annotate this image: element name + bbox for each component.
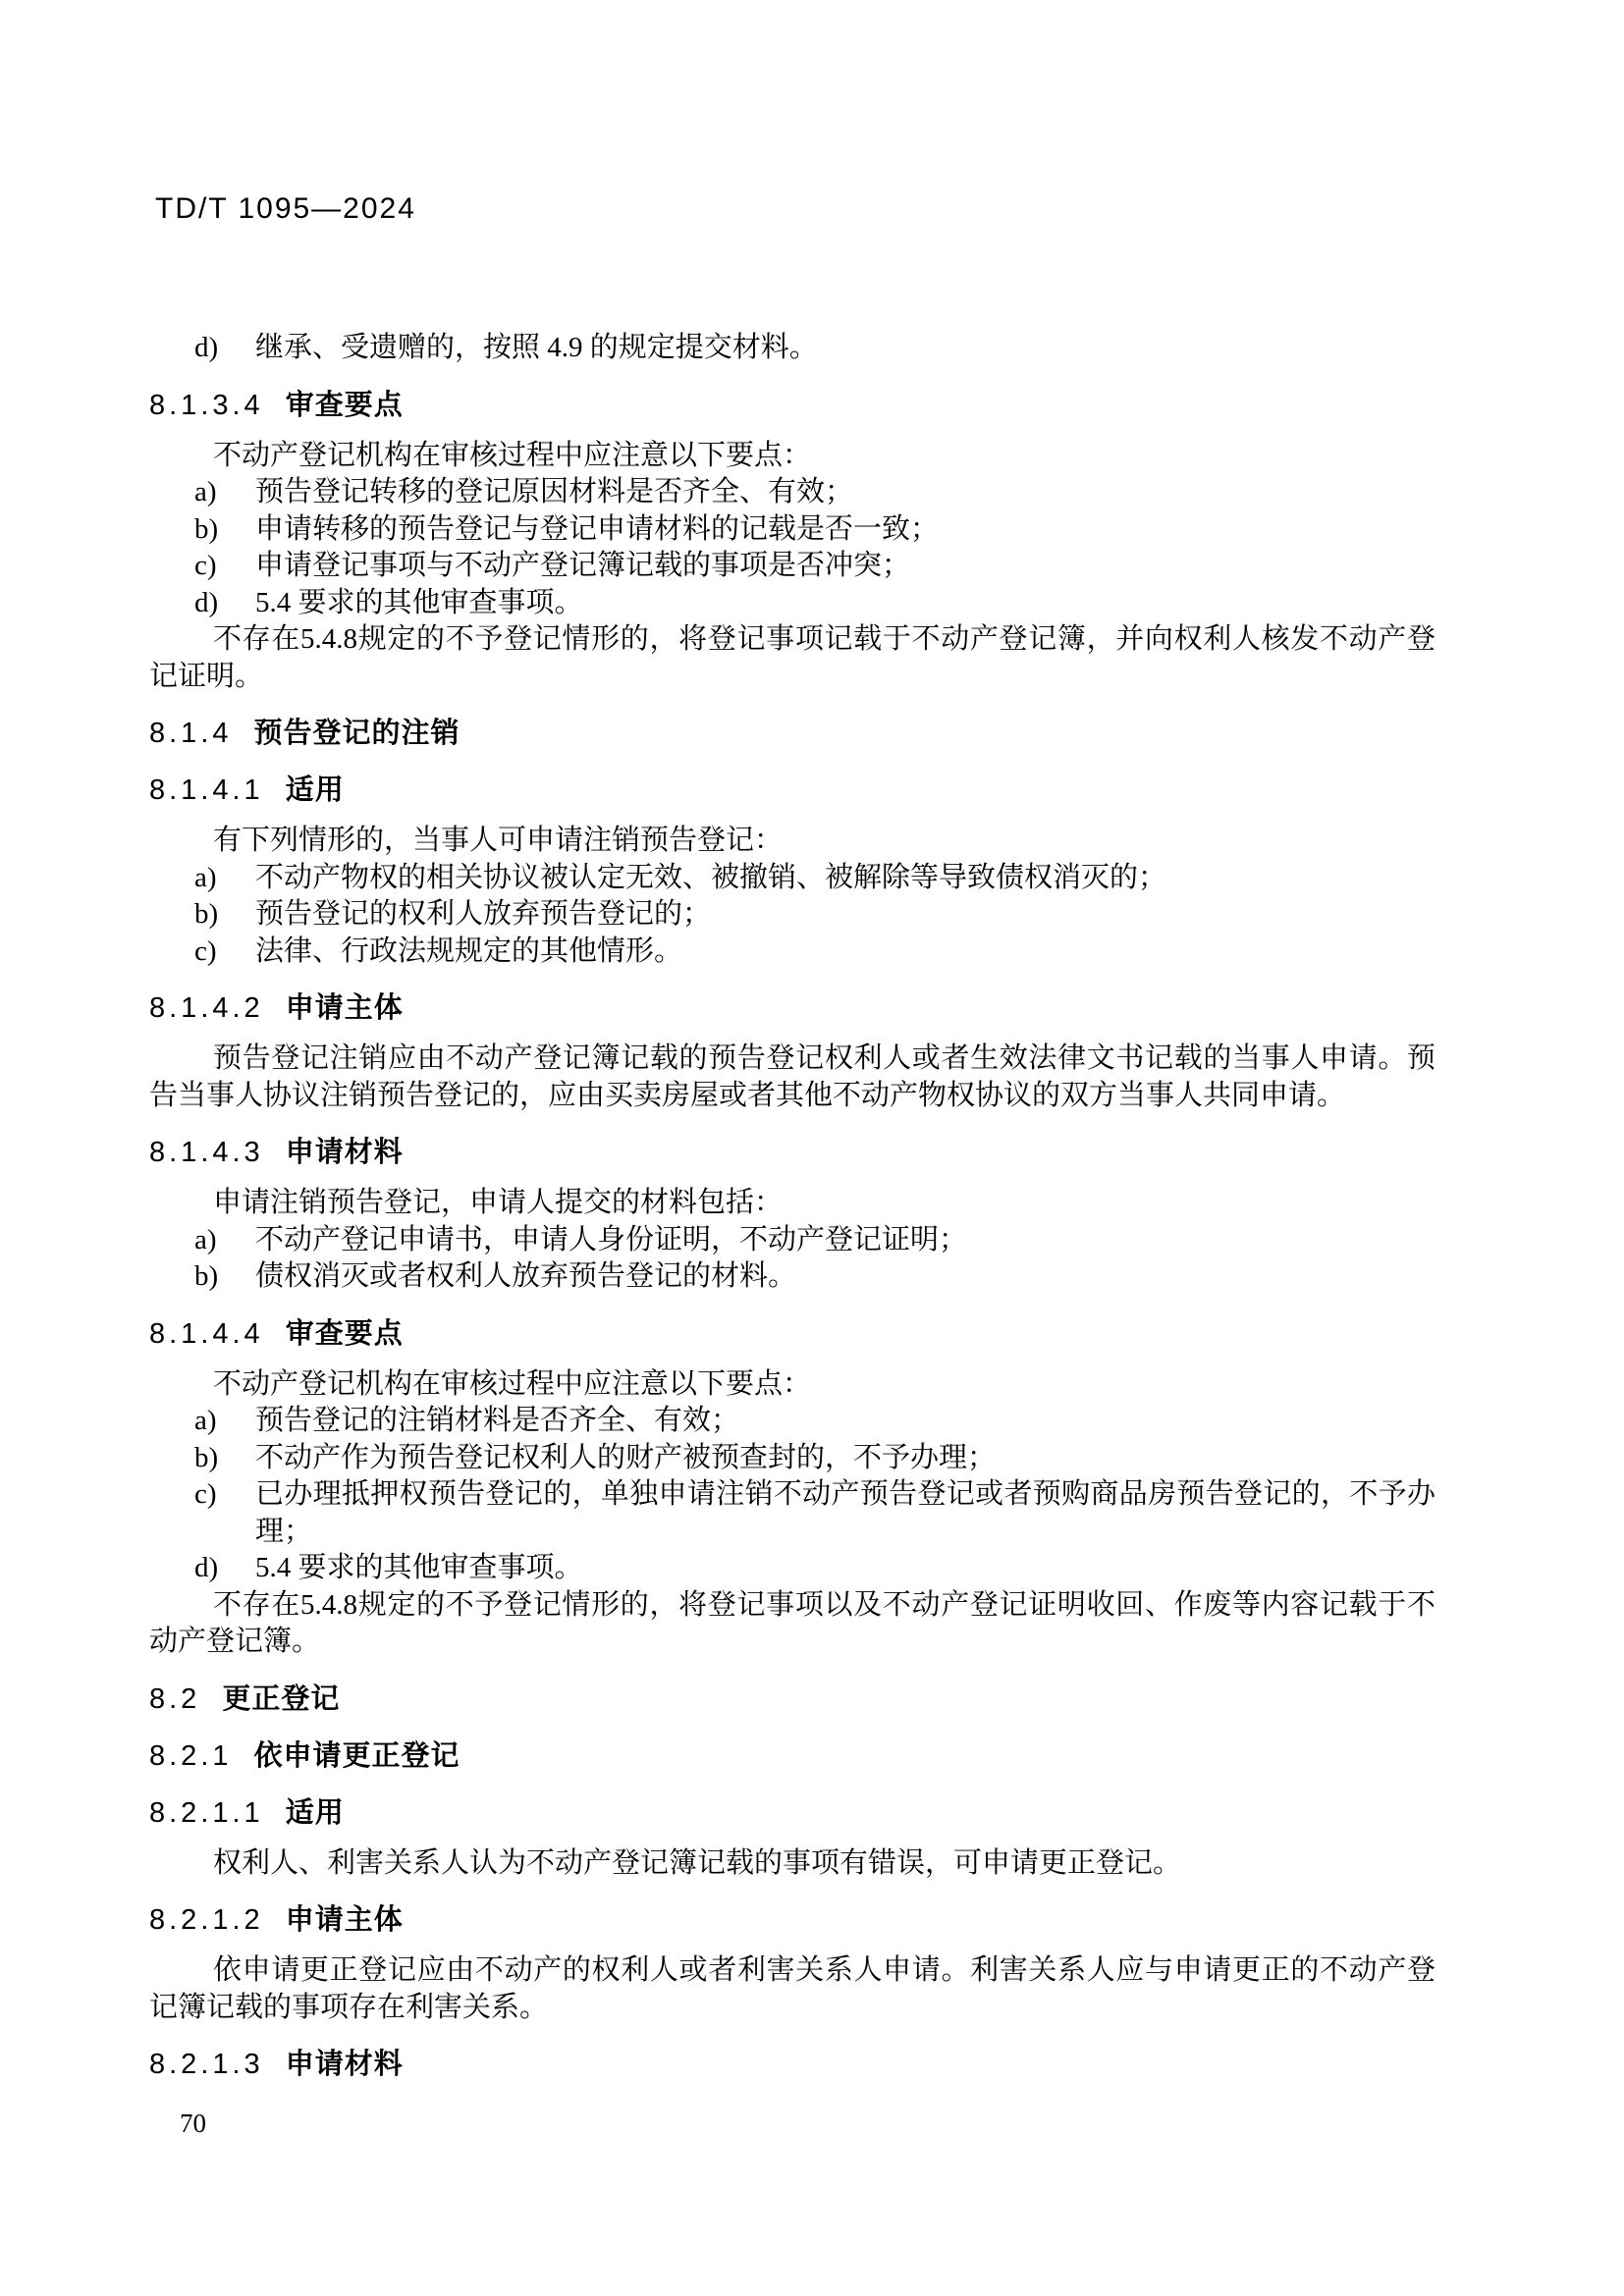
clause-list-8-1-4-4: a) 预告登记的注销材料是否齐全、有效； b) 不动产作为预告登记权利人的财产被… bbox=[149, 1403, 1435, 1587]
heading-8-1-4-2: 8.1.4.2申请主体 bbox=[149, 989, 1435, 1027]
list-item: b) 申请转移的预告登记与登记申请材料的记载是否一致； bbox=[149, 511, 1435, 549]
heading-8-2-1-1: 8.2.1.1适用 bbox=[149, 1794, 1435, 1832]
paragraph: 不存在5.4.8规定的不予登记情形的，将登记事项以及不动产登记证明收回、作废等内… bbox=[149, 1587, 1435, 1661]
list-item-text: 法律、行政法规规定的其他情形。 bbox=[255, 935, 682, 967]
paragraph: 不存在5.4.8规定的不予登记情形的，将登记事项记载于不动产登记簿，并向权利人核… bbox=[149, 621, 1435, 695]
list-item-label: b) bbox=[194, 1440, 218, 1477]
paragraph: 不动产登记机构在审核过程中应注意以下要点： bbox=[149, 1366, 1435, 1404]
list-item: a) 不动产物权的相关协议被认定无效、被撤销、被解除等导致债权消灭的； bbox=[149, 860, 1435, 897]
heading-number: 8.1.4.4 bbox=[149, 1318, 264, 1350]
list-item-label: a) bbox=[194, 860, 217, 897]
page-content: d) 继承、受遗赠的，按照 4.9 的规定提交材料。 8.1.3.4审查要点 不… bbox=[149, 330, 1435, 2097]
list-item-label: a) bbox=[194, 474, 217, 511]
list-item: a) 预告登记转移的登记原因材料是否齐全、有效； bbox=[149, 474, 1435, 511]
list-item-label: d) bbox=[194, 330, 218, 367]
heading-number: 8.1.4.3 bbox=[149, 1137, 264, 1168]
paragraph: 申请注销预告登记，申请人提交的材料包括： bbox=[149, 1185, 1435, 1222]
doc-code: TD/T 1095—2024 bbox=[155, 192, 416, 226]
heading-8-2-1-3: 8.2.1.3申请材料 bbox=[149, 2046, 1435, 2083]
list-item-text: 不动产登记申请书，申请人身份证明，不动产登记证明； bbox=[255, 1224, 967, 1255]
list-item-label: b) bbox=[194, 511, 218, 549]
heading-title: 适用 bbox=[286, 774, 345, 806]
list-item-label: a) bbox=[194, 1403, 217, 1440]
list-item-text: 预告登记的注销材料是否齐全、有效； bbox=[255, 1405, 739, 1436]
list-item-label: c) bbox=[194, 1476, 217, 1514]
list-item: c) 法律、行政法规规定的其他情形。 bbox=[149, 934, 1435, 971]
list-item: b) 债权消灭或者权利人放弃预告登记的材料。 bbox=[149, 1258, 1435, 1296]
list-item: d) 5.4 要求的其他审查事项。 bbox=[149, 1550, 1435, 1587]
list-item: b) 预告登记的权利人放弃预告登记的； bbox=[149, 896, 1435, 934]
clause-list-inherit: d) 继承、受遗赠的，按照 4.9 的规定提交材料。 bbox=[149, 330, 1435, 367]
heading-number: 8.1.4 bbox=[149, 718, 233, 749]
clause-list-8-1-4-1: a) 不动产物权的相关协议被认定无效、被撤销、被解除等导致债权消灭的； b) 预… bbox=[149, 860, 1435, 971]
list-item-label: b) bbox=[194, 1258, 218, 1296]
list-item: b) 不动产作为预告登记权利人的财产被预查封的，不予办理； bbox=[149, 1440, 1435, 1477]
list-item-text: 债权消灭或者权利人放弃预告登记的材料。 bbox=[255, 1260, 796, 1292]
page-number: 70 bbox=[180, 2109, 206, 2139]
document-page: TD/T 1095—2024 d) 继承、受遗赠的，按照 4.9 的规定提交材料… bbox=[0, 0, 1624, 2296]
heading-number: 8.2.1.1 bbox=[149, 1797, 264, 1829]
list-item: c) 申请登记事项与不动产登记簿记载的事项是否冲突； bbox=[149, 548, 1435, 585]
heading-8-2-1: 8.2.1依申请更正登记 bbox=[149, 1737, 1435, 1775]
paragraph: 预告登记注销应由不动产登记簿记载的预告登记权利人或者生效法律文书记载的当事人申请… bbox=[149, 1041, 1435, 1114]
list-item-text: 继承、受遗赠的，按照 4.9 的规定提交材料。 bbox=[255, 332, 818, 363]
heading-8-1-4-4: 8.1.4.4审查要点 bbox=[149, 1315, 1435, 1353]
heading-8-2: 8.2更正登记 bbox=[149, 1681, 1435, 1718]
heading-title: 申请主体 bbox=[286, 1904, 404, 1936]
heading-title: 依申请更正登记 bbox=[254, 1740, 460, 1772]
heading-number: 8.1.4.2 bbox=[149, 992, 264, 1024]
list-item: a) 预告登记的注销材料是否齐全、有效； bbox=[149, 1403, 1435, 1440]
heading-8-1-4: 8.1.4预告登记的注销 bbox=[149, 715, 1435, 752]
paragraph: 不动产登记机构在审核过程中应注意以下要点： bbox=[149, 438, 1435, 475]
heading-8-1-3-4: 8.1.3.4审查要点 bbox=[149, 387, 1435, 424]
list-item-text: 不动产物权的相关协议被认定无效、被撤销、被解除等导致债权消灭的； bbox=[255, 862, 1166, 893]
heading-number: 8.2.1.3 bbox=[149, 2049, 264, 2080]
list-item-text: 5.4 要求的其他审查事项。 bbox=[255, 1552, 583, 1583]
clause-list-8-1-4-3: a) 不动产登记申请书，申请人身份证明，不动产登记证明； b) 债权消灭或者权利… bbox=[149, 1222, 1435, 1296]
heading-number: 8.1.3.4 bbox=[149, 390, 264, 421]
heading-number: 8.2.1.2 bbox=[149, 1904, 264, 1936]
list-item-label: d) bbox=[194, 585, 218, 622]
heading-number: 8.1.4.1 bbox=[149, 774, 264, 806]
list-item-text: 预告登记的权利人放弃预告登记的； bbox=[255, 898, 711, 930]
heading-title: 审查要点 bbox=[286, 1318, 404, 1350]
heading-title: 审查要点 bbox=[286, 390, 404, 421]
list-item-label: d) bbox=[194, 1550, 218, 1587]
heading-title: 申请主体 bbox=[286, 992, 404, 1024]
list-item-text: 申请转移的预告登记与登记申请材料的记载是否一致； bbox=[255, 513, 939, 545]
paragraph: 权利人、利害关系人认为不动产登记簿记载的事项有错误，可申请更正登记。 bbox=[149, 1845, 1435, 1883]
list-item: c) 已办理抵押权预告登记的，单独申请注销不动产预告登记或者预购商品房预告登记的… bbox=[149, 1476, 1435, 1550]
list-item-text: 不动产作为预告登记权利人的财产被预查封的，不予办理； bbox=[255, 1442, 996, 1473]
paragraph: 有下列情形的，当事人可申请注销预告登记： bbox=[149, 823, 1435, 860]
list-item: a) 不动产登记申请书，申请人身份证明，不动产登记证明； bbox=[149, 1222, 1435, 1259]
list-item-label: c) bbox=[194, 934, 217, 971]
list-item-label: b) bbox=[194, 896, 218, 934]
list-item-text: 5.4 要求的其他审查事项。 bbox=[255, 587, 583, 618]
list-item-text: 申请登记事项与不动产登记簿记载的事项是否冲突； bbox=[255, 550, 910, 581]
heading-title: 预告登记的注销 bbox=[254, 718, 460, 749]
list-item-label: a) bbox=[194, 1222, 217, 1259]
heading-title: 适用 bbox=[286, 1797, 345, 1829]
heading-title: 更正登记 bbox=[222, 1683, 340, 1715]
heading-8-1-4-1: 8.1.4.1适用 bbox=[149, 772, 1435, 809]
list-item-text: 预告登记转移的登记原因材料是否齐全、有效； bbox=[255, 476, 853, 507]
heading-title: 申请材料 bbox=[286, 2049, 404, 2080]
paragraph: 依申请更正登记应由不动产的权利人或者利害关系人申请。利害关系人应与申请更正的不动… bbox=[149, 1952, 1435, 2026]
heading-8-2-1-2: 8.2.1.2申请主体 bbox=[149, 1901, 1435, 1939]
list-item-text: 已办理抵押权预告登记的，单独申请注销不动产预告登记或者预购商品房预告登记的，不予… bbox=[255, 1478, 1435, 1547]
clause-list-8-1-3-4: a) 预告登记转移的登记原因材料是否齐全、有效； b) 申请转移的预告登记与登记… bbox=[149, 474, 1435, 621]
list-item-label: c) bbox=[194, 548, 217, 585]
heading-title: 申请材料 bbox=[286, 1137, 404, 1168]
list-item: d) 继承、受遗赠的，按照 4.9 的规定提交材料。 bbox=[149, 330, 1435, 367]
list-item: d) 5.4 要求的其他审查事项。 bbox=[149, 585, 1435, 622]
heading-number: 8.2.1 bbox=[149, 1740, 233, 1772]
heading-8-1-4-3: 8.1.4.3申请材料 bbox=[149, 1134, 1435, 1171]
heading-number: 8.2 bbox=[149, 1683, 200, 1715]
